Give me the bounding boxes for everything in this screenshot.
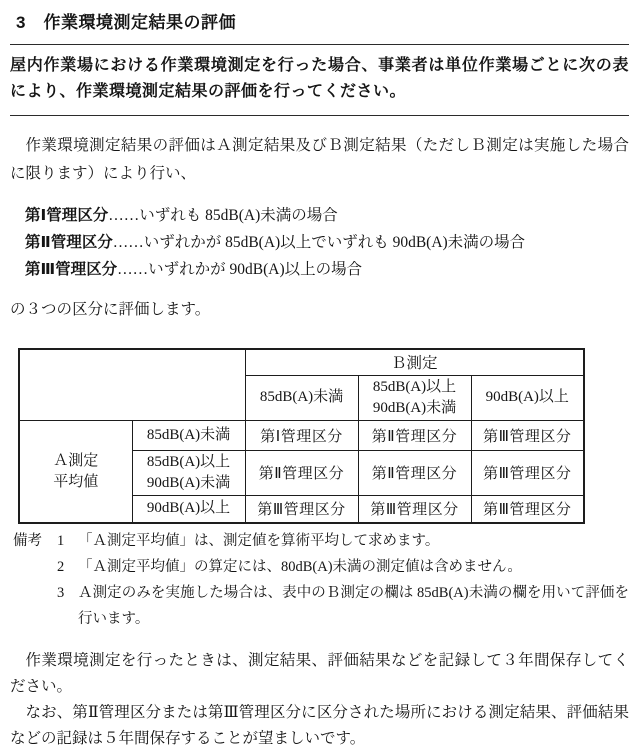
a-range-cell: 85dB(A)未満 xyxy=(132,420,245,450)
closing-paragraph-1: 作業環境測定を行ったときは、測定結果、評価結果などを記録して３年間保存してくださ… xyxy=(10,648,629,700)
result-cell: 第Ⅲ管理区分 xyxy=(471,420,584,450)
note-item-2: 2 「Ａ測定平均値」の算定には、80dB(A)未満の測定値は含めません。 xyxy=(13,554,629,580)
notes-section: 備考 1 「Ａ測定平均値」は、測定値を算術平均して求めます。 2 「Ａ測定平均値… xyxy=(13,528,629,632)
a-range-cell: 90dB(A)以上 xyxy=(132,495,245,523)
classification-outro: の３つの区分に評価します。 xyxy=(10,296,629,324)
note-text: 「Ａ測定平均値」の算定には、80dB(A)未満の測定値は含めません。 xyxy=(78,554,629,580)
result-cell: 第Ⅲ管理区分 xyxy=(245,495,358,523)
a-measurement-header: Ａ測定 平均値 xyxy=(19,420,132,523)
classification-description: ……いずれかが 85dB(A)以上でいずれも 90dB(A)未満の場合 xyxy=(113,234,525,251)
note-text: 「Ａ測定平均値」は、測定値を算術平均して求めます。 xyxy=(78,528,629,554)
a-range-cell: 85dB(A)以上 90dB(A)未満 xyxy=(132,450,245,495)
note-item-1: 備考 1 「Ａ測定平均値」は、測定値を算術平均して求めます。 xyxy=(13,528,629,554)
divider-bottom xyxy=(10,115,629,116)
evaluation-table: Ｂ測定 85dB(A)未満 85dB(A)以上 90dB(A)未満 90dB(A… xyxy=(18,348,585,524)
note-item-3: 3 Ａ測定のみを実施した場合は、表中のＢ測定の欄は 85dB(A)未満の欄を用い… xyxy=(13,580,629,632)
table-row: Ａ測定 平均値 85dB(A)未満 第Ⅰ管理区分 第Ⅱ管理区分 第Ⅲ管理区分 xyxy=(19,420,584,450)
b-range-header-1: 85dB(A)未満 xyxy=(245,375,358,420)
intro-paragraph: 作業環境測定結果の評価はＡ測定結果及びＢ測定結果（ただしＢ測定は実施した場合に限… xyxy=(10,132,629,188)
table-corner-cell xyxy=(19,349,245,420)
note-number: 2 xyxy=(57,554,78,580)
classification-description: ……いずれかが 90dB(A)以上の場合 xyxy=(117,261,362,278)
classification-item-3: 第Ⅲ管理区分……いずれかが 90dB(A)以上の場合 xyxy=(25,256,629,283)
classification-description: ……いずれも 85dB(A)未満の場合 xyxy=(108,207,337,224)
result-cell: 第Ⅲ管理区分 xyxy=(358,495,471,523)
result-cell: 第Ⅲ管理区分 xyxy=(471,495,584,523)
classification-term: 第Ⅱ管理区分 xyxy=(25,234,113,251)
note-number: 3 xyxy=(57,580,78,632)
note-number: 1 xyxy=(57,528,78,554)
closing-paragraph-2: なお、第Ⅱ管理区分または第Ⅲ管理区分に区分された場所における測定結果、評価結果な… xyxy=(10,700,629,746)
b-range-header-2: 85dB(A)以上 90dB(A)未満 xyxy=(358,375,471,420)
divider-top xyxy=(10,44,629,45)
notes-label-spacer xyxy=(13,580,57,632)
table-header-row-top: Ｂ測定 xyxy=(19,349,584,375)
document-page: 3 作業環境測定結果の評価 屋内作業場における作業環境測定を行った場合、事業者は… xyxy=(0,0,639,746)
result-cell: 第Ⅰ管理区分 xyxy=(245,420,358,450)
notes-label-spacer xyxy=(13,554,57,580)
lead-paragraph: 屋内作業場における作業環境測定を行った場合、事業者は単位作業場ごとに次の表により… xyxy=(10,53,629,105)
classification-term: 第Ⅲ管理区分 xyxy=(25,261,117,278)
notes-label: 備考 xyxy=(13,528,57,554)
classification-list: 第Ⅰ管理区分……いずれも 85dB(A)未満の場合 第Ⅱ管理区分……いずれかが … xyxy=(25,202,629,283)
result-cell: 第Ⅲ管理区分 xyxy=(471,450,584,495)
note-text: Ａ測定のみを実施した場合は、表中のＢ測定の欄は 85dB(A)未満の欄を用いて評… xyxy=(78,580,629,632)
classification-term: 第Ⅰ管理区分 xyxy=(25,207,108,224)
result-cell: 第Ⅱ管理区分 xyxy=(245,450,358,495)
classification-item-2: 第Ⅱ管理区分……いずれかが 85dB(A)以上でいずれも 90dB(A)未満の場… xyxy=(25,229,629,256)
classification-item-1: 第Ⅰ管理区分……いずれも 85dB(A)未満の場合 xyxy=(25,202,629,229)
result-cell: 第Ⅱ管理区分 xyxy=(358,450,471,495)
section-title: 3 作業環境測定結果の評価 xyxy=(16,12,629,34)
b-range-header-3: 90dB(A)以上 xyxy=(471,375,584,420)
result-cell: 第Ⅱ管理区分 xyxy=(358,420,471,450)
b-measurement-header: Ｂ測定 xyxy=(245,349,584,375)
